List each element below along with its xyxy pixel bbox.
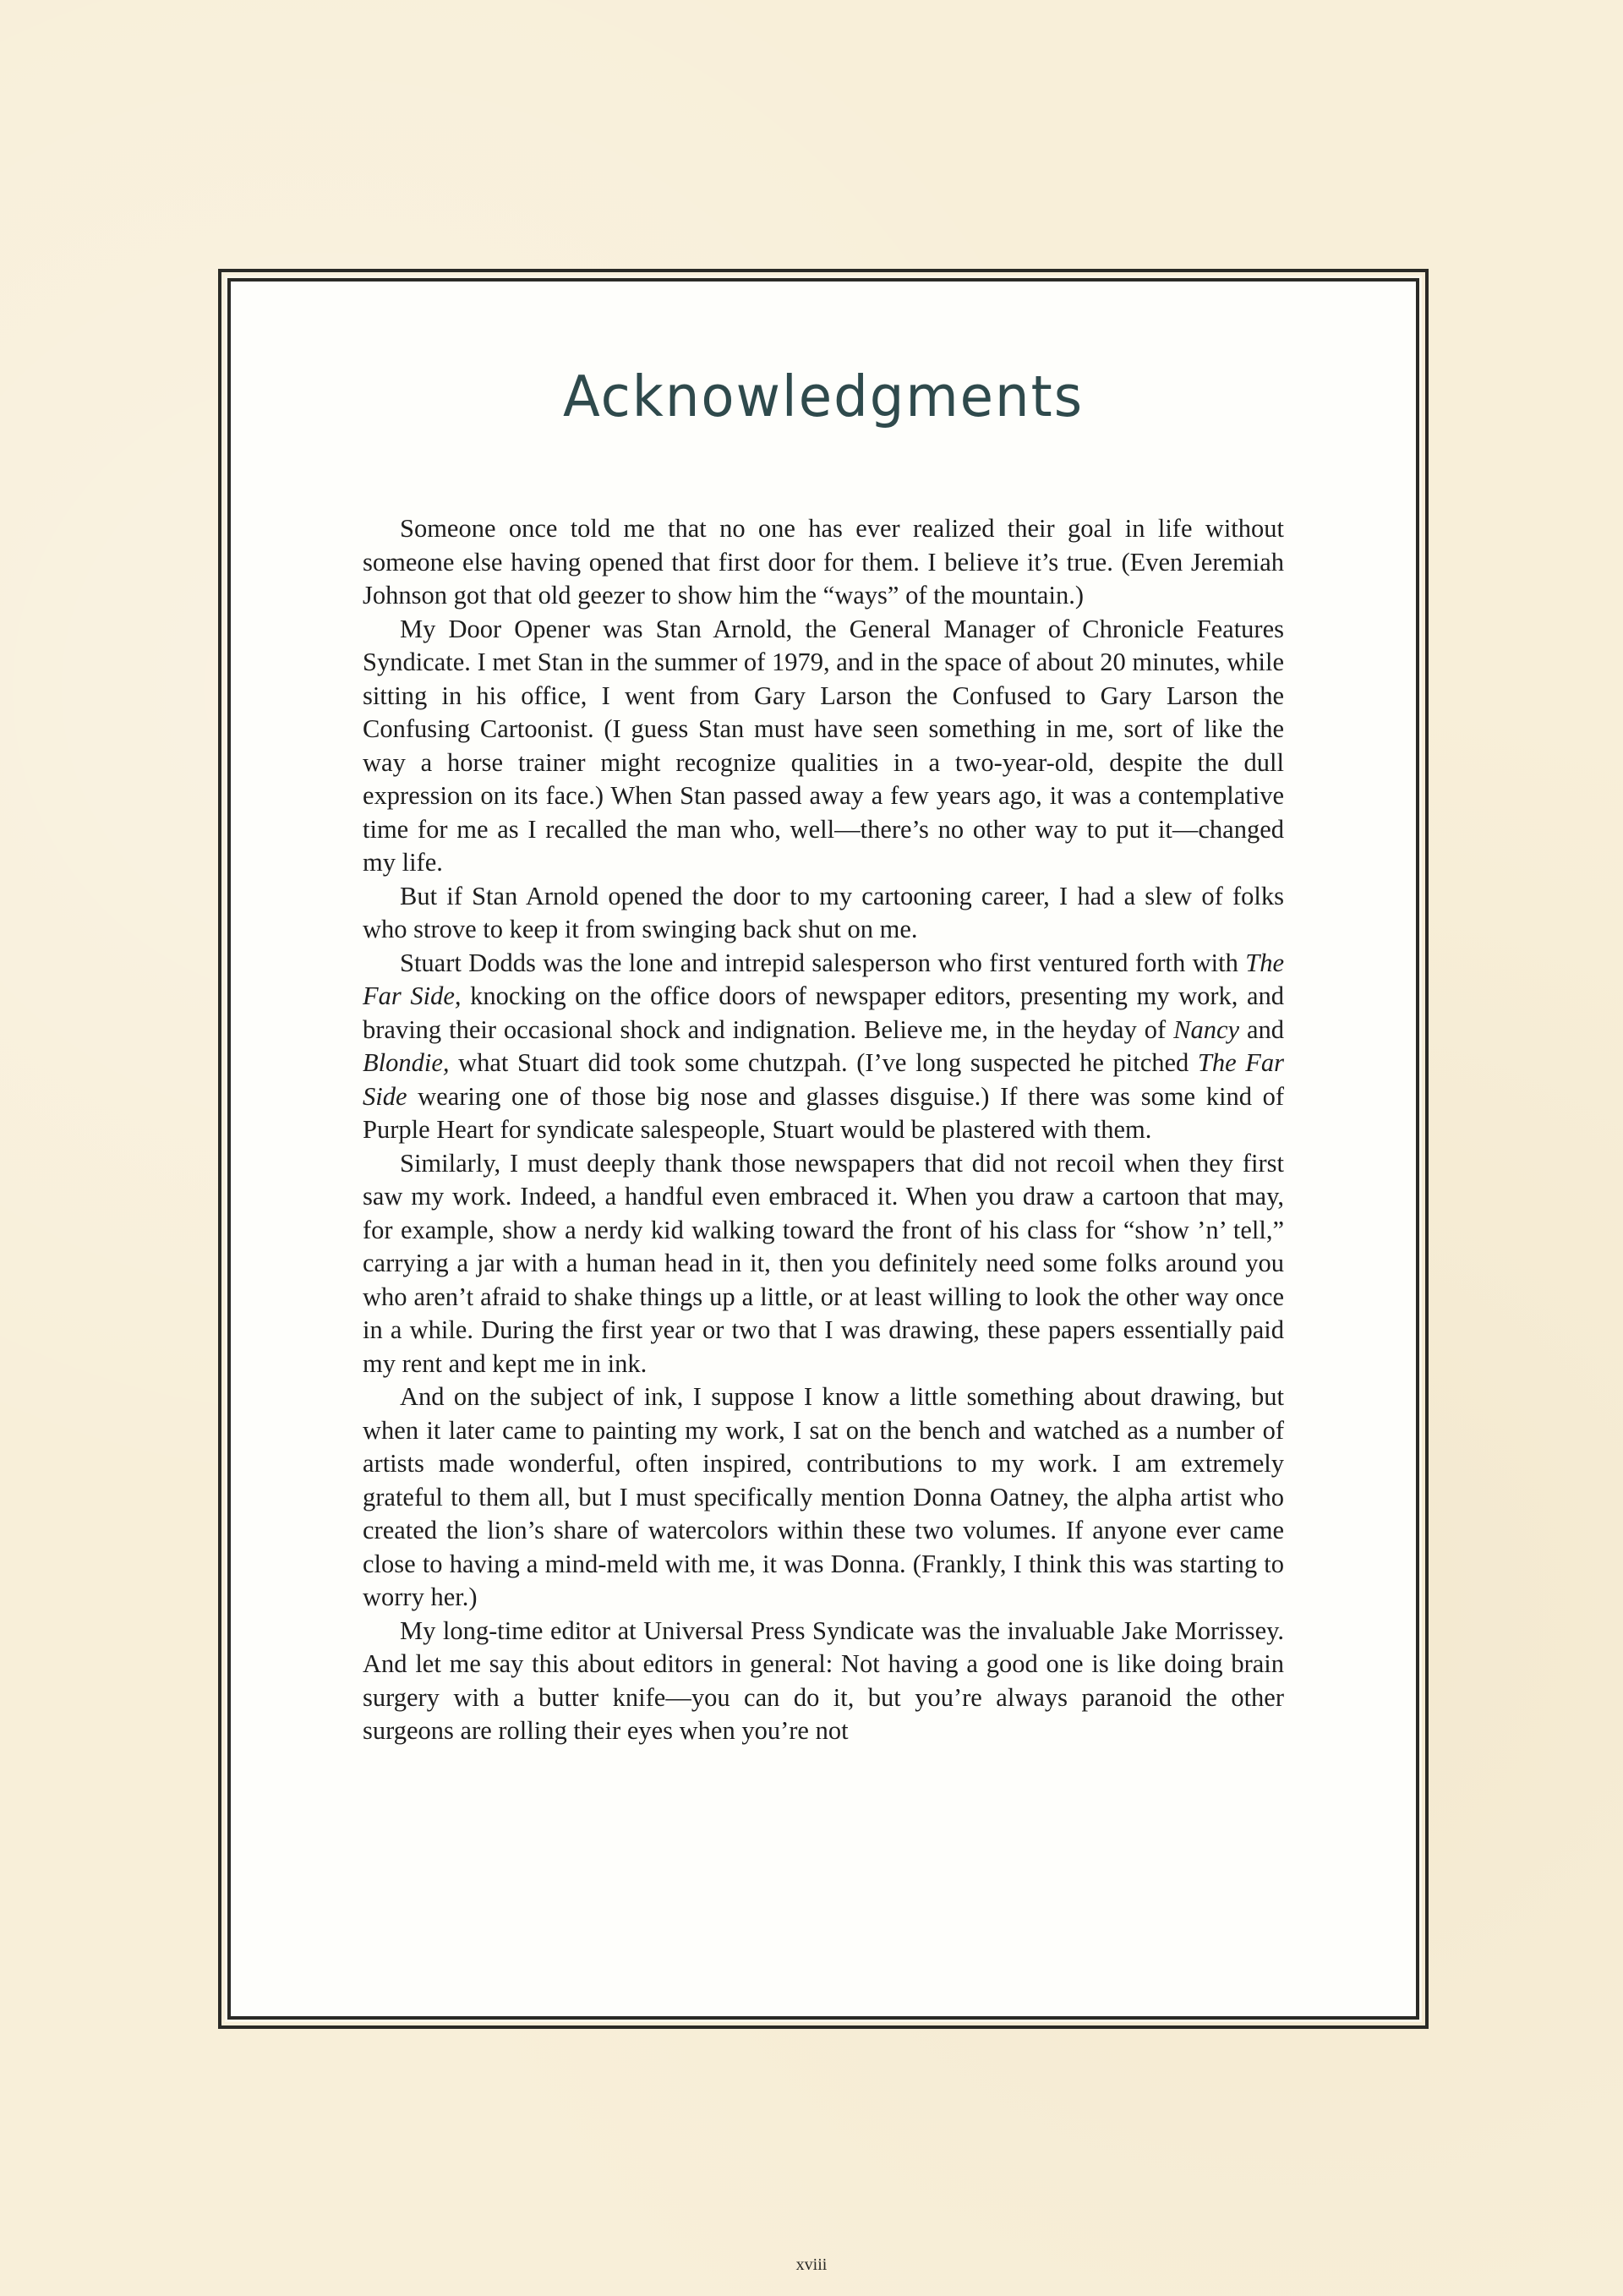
italic-title: Blondie, [363,1048,450,1077]
page-border-frame: Acknowledgments Someone once told me tha… [218,269,1429,2029]
paragraph: Stuart Dodds was the lone and intrepid s… [363,947,1284,1147]
paragraph: And on the subject of ink, I suppose I k… [363,1380,1284,1615]
content-panel: Acknowledgments Someone once told me tha… [227,278,1419,2020]
paragraph: My long-time editor at Universal Press S… [363,1615,1284,1748]
page-title: Acknowledgments [231,364,1416,430]
paragraph: But if Stan Arnold opened the door to my… [363,880,1284,947]
page-number: xviii [0,2255,1623,2275]
paragraph: Someone once told me that no one has eve… [363,512,1284,613]
italic-title: The Far Side [363,1048,1284,1111]
paragraph: Similarly, I must deeply thank those new… [363,1147,1284,1381]
italic-title: The Far Side, [363,948,1284,1011]
paragraph: My Door Opener was Stan Arnold, the Gene… [363,613,1284,880]
italic-title: Nancy [1173,1015,1239,1044]
acknowledgments-body: Someone once told me that no one has eve… [363,512,1284,1748]
